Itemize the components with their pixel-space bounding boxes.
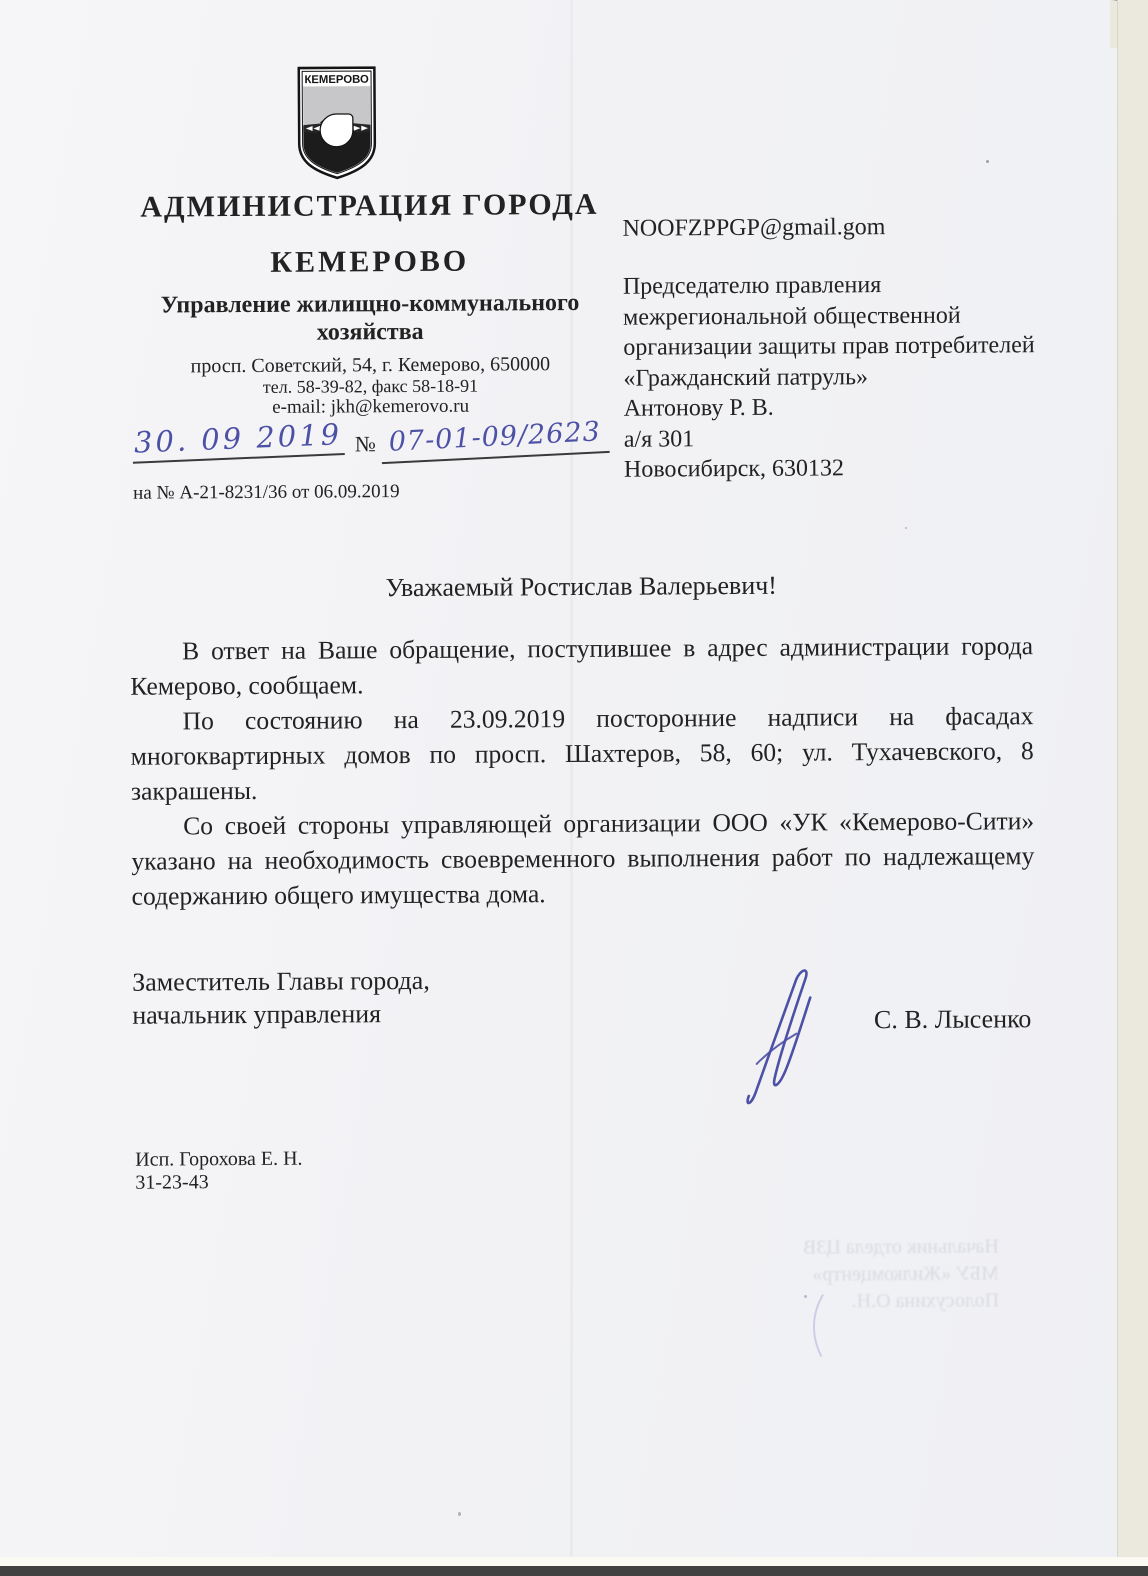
recipient-line: Новосибирск, 630132 — [624, 452, 1074, 485]
letterhead-left-column: КЕМЕРОВО АДМИНИСТРАЦИЯ ГОРОДА КЕМЕРОВО У… — [125, 60, 616, 505]
reference-line: на № А-21-8231/36 от 06.09.2019 — [127, 480, 615, 505]
body-paragraph: В ответ на Ваше обращение, поступившее в… — [130, 628, 1033, 704]
org-name-line1: АДМИНИСТРАЦИЯ ГОРОДА — [125, 188, 613, 225]
org-name-line2: КЕМЕРОВО — [126, 244, 614, 281]
handwritten-number: 07-01-09/2623 — [380, 416, 610, 464]
salutation: Уважаемый Ростислав Валерьевич! — [130, 569, 1033, 605]
emblem-retort — [320, 114, 353, 147]
recipient-line: межрегиональной общественной — [623, 299, 1073, 332]
signer-name: С. В. Лысенко — [874, 1004, 1032, 1035]
department-line1: Управление жилищно-коммунального — [126, 289, 614, 320]
recipient-line: организации защиты прав потребителей — [623, 330, 1073, 363]
letter-body: Уважаемый Ростислав Валерьевич! В ответ … — [130, 569, 1035, 914]
recipient-email: NOOFZPPGP@gmail.gom — [622, 213, 1072, 243]
signer-position: Заместитель Главы города, начальник упра… — [132, 964, 430, 1032]
body-paragraph: По состоянию на 23.09.2019 посторонние н… — [130, 698, 1034, 809]
bleed-line: Полосухина О.Н. — [737, 1287, 999, 1316]
date-number-row: 30. 09 2019№07-01-09/2623 — [127, 423, 615, 472]
signature-block: Заместитель Главы города, начальник упра… — [132, 960, 1038, 1136]
executor-block: Исп. Горохова Е. Н. 31-23-43 — [135, 1148, 303, 1195]
emblem-label: КЕМЕРОВО — [304, 74, 369, 86]
recipient-block: NOOFZPPGP@gmail.gom Председателю правлен… — [622, 213, 1074, 485]
kemerovo-coat-of-arms: КЕМЕРОВО — [295, 61, 380, 184]
body-paragraph: Со своей стороны управляющей организации… — [131, 803, 1035, 914]
signer-position-line1: Заместитель Главы города, — [132, 964, 430, 999]
bleed-through-pen-mark — [801, 1290, 841, 1360]
bleed-through-text: Начальник отдела ЦЗВ МБУ «Жилкомцентр» П… — [737, 1233, 999, 1316]
org-address: просп. Советский, 54, г. Кемерово, 65000… — [126, 353, 614, 378]
executor-phone: 31-23-43 — [135, 1171, 302, 1195]
handwritten-signature — [720, 963, 851, 1124]
bleed-line: Начальник отдела ЦЗВ — [737, 1233, 999, 1262]
department-line2: хозяйства — [126, 317, 614, 348]
number-sign: № — [355, 431, 376, 456]
bleed-line: МБУ «Жилкомцентр» — [737, 1260, 999, 1289]
executor-name: Исп. Горохова Е. Н. — [135, 1148, 302, 1172]
recipient-line: Антонову Р. В. — [624, 391, 1074, 424]
scanned-letter-page: КЕМЕРОВО АДМИНИСТРАЦИЯ ГОРОДА КЕМЕРОВО У… — [0, 0, 1148, 1576]
org-email: e-mail: jkh@kemerovo.ru — [127, 395, 615, 419]
recipient-line: Председателю правления — [623, 269, 1073, 302]
handwritten-date: 30. 09 2019 — [131, 417, 344, 464]
signer-position-line2: начальник управления — [132, 997, 430, 1032]
recipient-line: «Гражданский патруль» — [623, 360, 1073, 393]
recipient-line: а/я 301 — [624, 421, 1074, 454]
